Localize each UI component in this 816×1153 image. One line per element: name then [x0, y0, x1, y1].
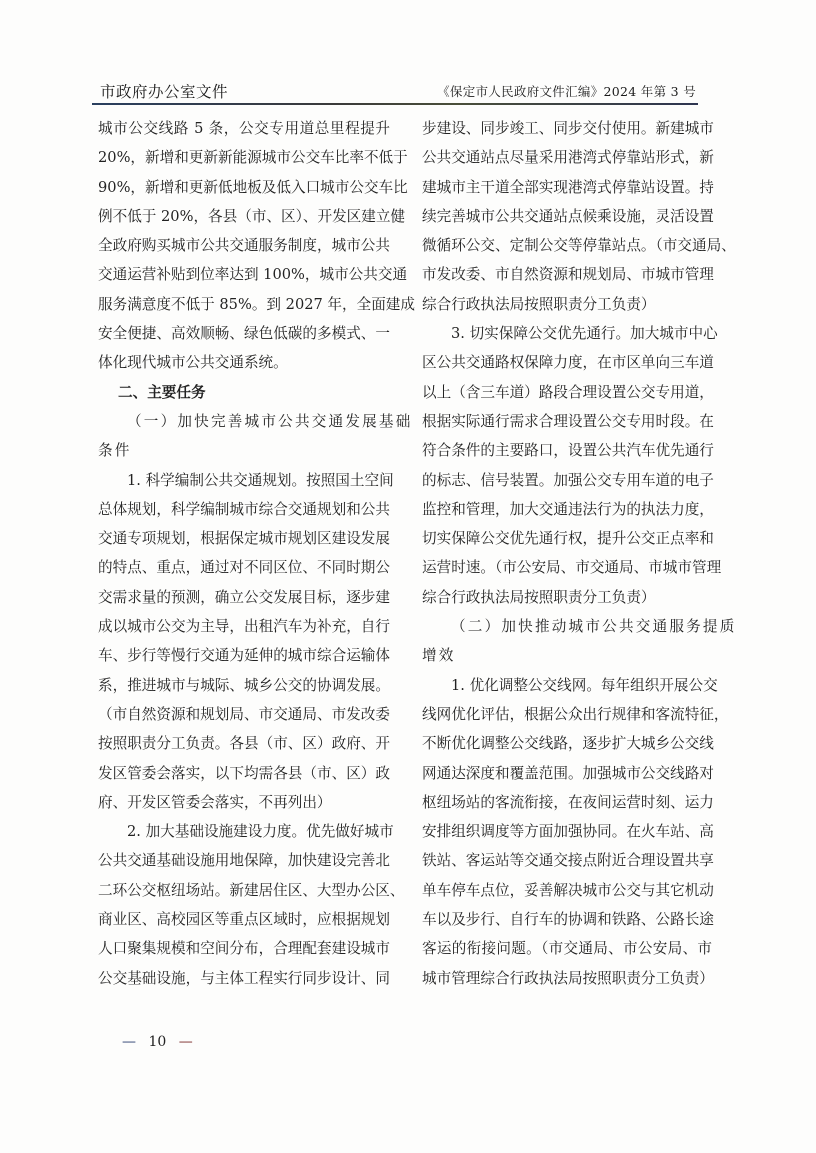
text-line: 枢纽场站的客流衔接，在夜间运营时刻、运力: [422, 788, 712, 817]
section-heading: 二、主要任务: [98, 378, 390, 407]
text-line: 建城市主干道全部实现港湾式停靠站设置。持: [422, 173, 712, 202]
text-line: 的特点、重点，通过对不同区位、不同时期公: [98, 553, 390, 582]
text-line: 20%，新增和更新新能源城市公交车比率不低于: [98, 143, 390, 172]
text-line: 综合行政执法局按照职责分工负责）: [422, 290, 712, 319]
text-line: 系，推进城市与城际、城乡公交的协调发展。: [98, 671, 390, 700]
text-line: 步建设、同步竣工、同步交付使用。新建城市: [422, 114, 712, 143]
text-line: 单车停车点位，妥善解决城市公交与其它机动: [422, 876, 712, 905]
text-line: 安全便捷、高效顺畅、绿色低碳的多模式、一: [98, 319, 390, 348]
text-line: 发区管委会落实，以下均需各县（市、区）政: [98, 759, 390, 788]
text-line: 人口聚集规模和空间分布，合理配套建设城市: [98, 934, 390, 963]
text-line: 根据实际通行需求合理设置公交专用时段。在: [422, 407, 712, 436]
text-line: 公共交通站点尽量采用港湾式停靠站形式，新: [422, 143, 712, 172]
text-line: 90%，新增和更新低地板及低入口城市公交车比: [98, 173, 390, 202]
text-line: 区公共交通路权保障力度，在市区单向三车道: [422, 348, 712, 377]
page-header: 市政府办公室文件 《保定市人民政府文件汇编》2024 年第 3 号: [92, 80, 696, 102]
text-line: 符合条件的主要路口，设置公共汽车优先通行: [422, 436, 712, 465]
right-text-column: 步建设、同步竣工、同步交付使用。新建城市公共交通站点尽量采用港湾式停靠站形式，新…: [422, 114, 712, 993]
text-line: 总体规划，科学编制城市综合交通规划和公共: [98, 495, 390, 524]
text-line: 以上（含三车道）路段合理设置公交专用道，: [422, 378, 712, 407]
text-line: 铁站、客运站等交通交接点附近合理设置共享: [422, 846, 712, 875]
text-line: 运营时速。（市公安局、市交通局、市城市管理: [422, 553, 712, 582]
text-line: 商业区、高校园区等重点区域时，应根据规划: [98, 905, 390, 934]
text-line: 二环公交枢纽场站。新建居住区、大型办公区、: [98, 876, 390, 905]
page-number: — 10 —: [122, 1034, 193, 1050]
text-line: 按照职责分工负责。各县（市、区）政府、开: [98, 729, 390, 758]
text-line: 安排组织调度等方面加强协同。在火车站、高: [422, 817, 712, 846]
page-number-dash-right: —: [179, 1034, 193, 1050]
text-line: 服务满意度不低于 85%。到 2027 年，全面建成: [98, 290, 390, 319]
subsection-heading-continued: 条件: [98, 436, 390, 465]
text-line: 车、步行等慢行交通为延伸的城市综合运输体: [98, 641, 390, 670]
text-line: 体化现代城市公共交通系统。: [98, 348, 390, 377]
numbered-item-start: 1. 科学编制公共交通规划。按照国土空间: [98, 466, 390, 495]
text-line: 府、开发区管委会落实，不再列出）: [98, 788, 390, 817]
header-divider: [92, 103, 698, 105]
text-line: 切实保障公交优先通行权，提升公交正点率和: [422, 524, 712, 553]
text-line: 车以及步行、自行车的协调和铁路、公路长途: [422, 905, 712, 934]
text-line: 城市公交线路 5 条，公交专用道总里程提升: [98, 114, 390, 143]
text-line: 成以城市公交为主导，出租汽车为补充，自行: [98, 612, 390, 641]
text-line: 客运的衔接问题。（市交通局、市公安局、市: [422, 934, 712, 963]
text-line: 交通运营补贴到位率达到 100%，城市公共交通: [98, 260, 390, 289]
text-line: 全政府购买城市公共交通服务制度，城市公共: [98, 231, 390, 260]
text-line: 不断优化调整公交线路，逐步扩大城乡公交线: [422, 729, 712, 758]
numbered-item-start: 3. 切实保障公交优先通行。加大城市中心: [422, 319, 712, 348]
subsection-heading: （一）加快完善城市公共交通发展基础: [98, 407, 390, 436]
subsection-heading: （二）加快推动城市公共交通服务提质: [422, 612, 712, 641]
text-line: 交需求量的预测，确立公交发展目标，逐步建: [98, 583, 390, 612]
text-line: （市自然资源和规划局、市交通局、市发改委: [98, 700, 390, 729]
text-line: 公共交通基础设施用地保障，加快建设完善北: [98, 846, 390, 875]
text-line: 微循环公交、定制公交等停靠站点。（市交通局、: [422, 231, 712, 260]
office-document-label: 市政府办公室文件: [100, 80, 228, 102]
text-line: 的标志、信号装置。加强公交专用车道的电子: [422, 466, 712, 495]
text-line: 公交基础设施，与主体工程实行同步设计、同: [98, 964, 390, 993]
text-line: 续完善城市公共交通站点候乘设施，灵活设置: [422, 202, 712, 231]
text-line: 交通专项规划，根据保定城市规划区建设发展: [98, 524, 390, 553]
text-line: 网通达深度和覆盖范围。加强城市公交线路对: [422, 759, 712, 788]
subsection-heading-continued: 增效: [422, 641, 712, 670]
text-line: 市发改委、市自然资源和规划局、市城市管理: [422, 260, 712, 289]
compilation-title: 《保定市人民政府文件汇编》2024 年第 3 号: [437, 82, 696, 100]
text-line: 例不低于 20%，各县（市、区）、开发区建立健: [98, 202, 390, 231]
page-number-dash-left: —: [122, 1034, 136, 1050]
text-line: 综合行政执法局按照职责分工负责）: [422, 583, 712, 612]
text-line: 监控和管理，加大交通违法行为的执法力度，: [422, 495, 712, 524]
numbered-item-start: 1. 优化调整公交线网。每年组织开展公交: [422, 671, 712, 700]
page-number-value: 10: [148, 1034, 166, 1050]
numbered-item-start: 2. 加大基础设施建设力度。优先做好城市: [98, 817, 390, 846]
text-line: 线网优化评估，根据公众出行规律和客流特征，: [422, 700, 712, 729]
text-line: 城市管理综合行政执法局按照职责分工负责）: [422, 964, 712, 993]
left-text-column: 城市公交线路 5 条，公交专用道总里程提升20%，新增和更新新能源城市公交车比率…: [98, 114, 390, 993]
